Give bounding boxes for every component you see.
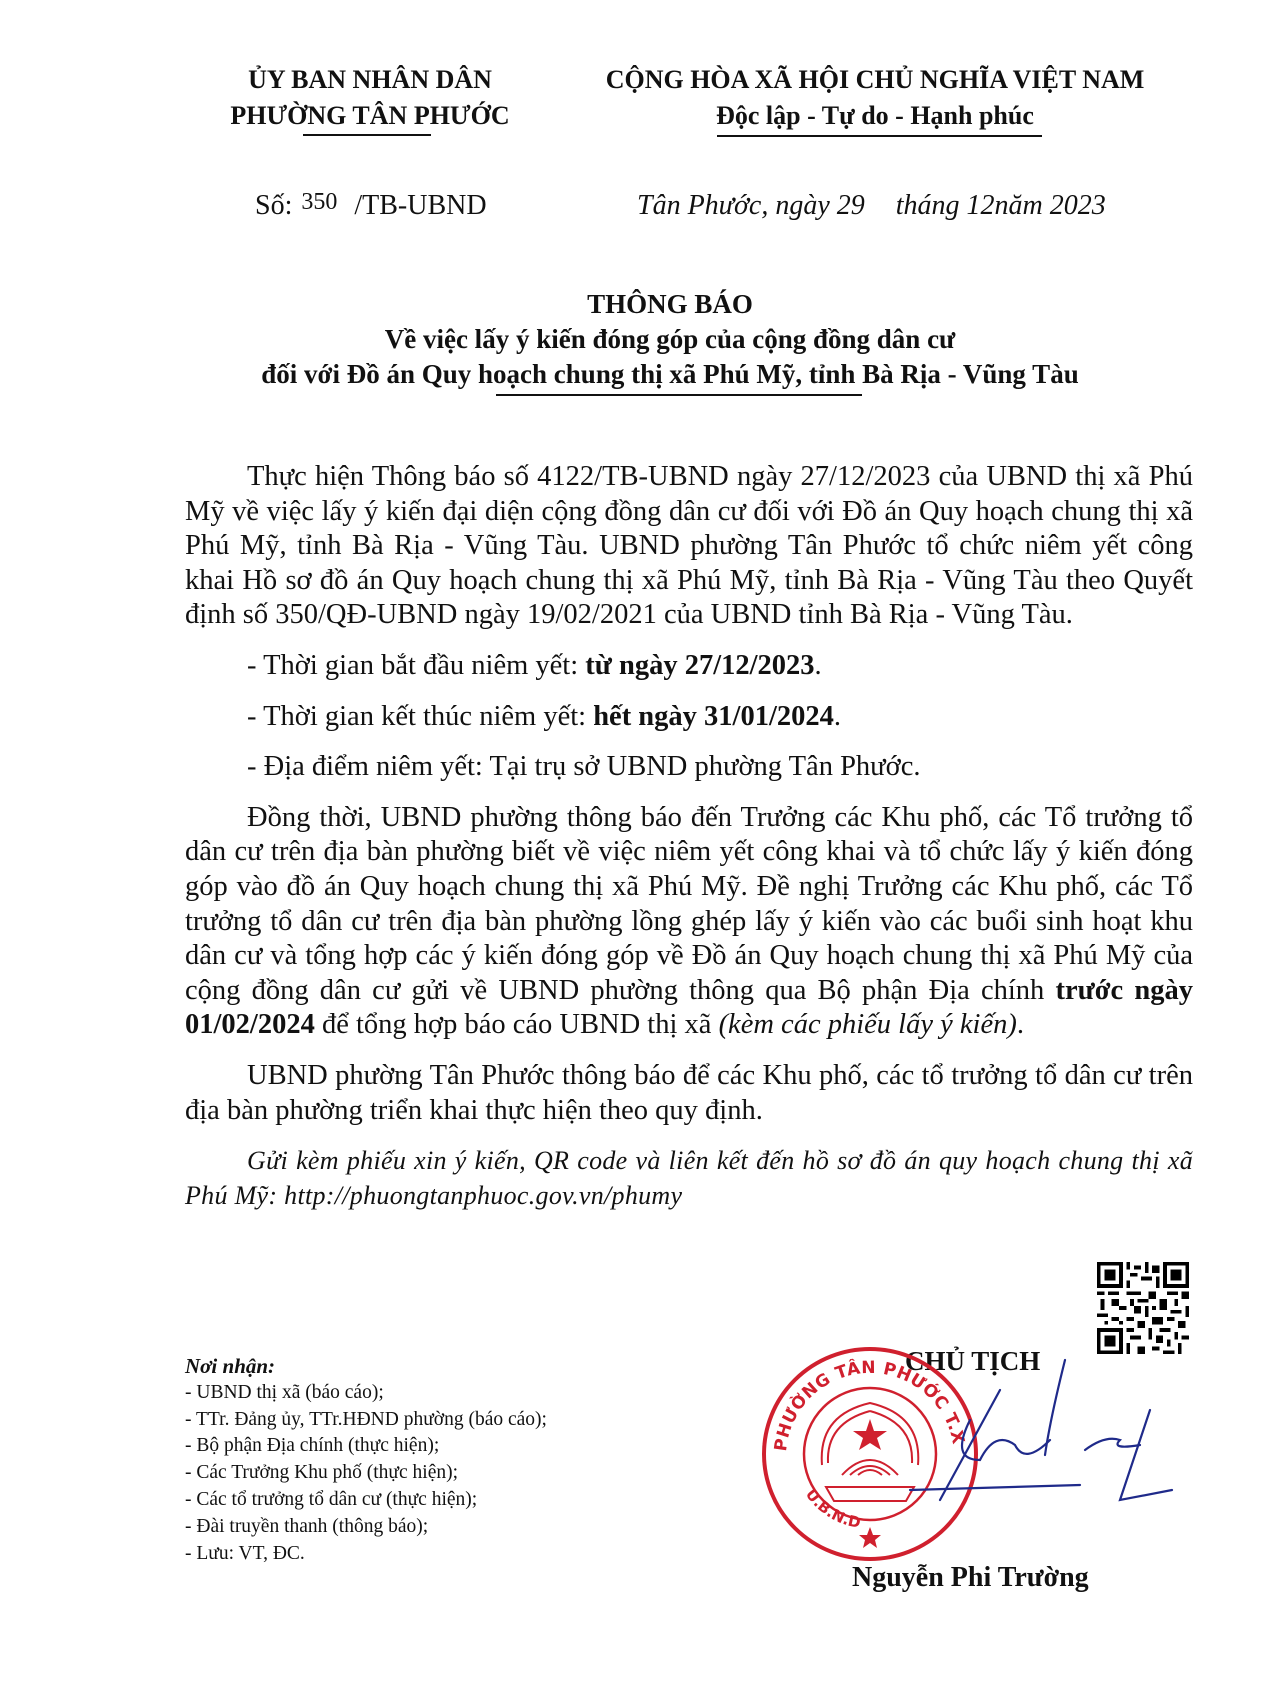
issuer-line1: ỦY BAN NHÂN DÂN [190,62,550,98]
recipients-heading: Nơi nhận: [185,1353,645,1380]
recipient-item: - Các Trưởng Khu phố (thực hiện); [185,1460,645,1487]
title-main: THÔNG BÁO [140,287,1200,322]
paragraph-request: Đồng thời, UBND phường thông báo đến Trư… [185,801,1193,1043]
recipient-item: - Đài truyền thanh (thông báo); [185,1514,645,1541]
number-value: 350 [301,189,337,215]
title-underline [496,394,862,396]
recipient-item: - UBND thị xã (báo cáo); [185,1380,645,1407]
title-subject-1: Về việc lấy ý kiến đóng góp của cộng đồn… [140,322,1200,357]
recipient-item: - Các tổ trưởng tổ dân cư (thực hiện); [185,1487,645,1514]
recipients-block: Nơi nhận: - UBND thị xã (báo cáo); - TTr… [185,1353,645,1567]
signature-icon [820,1350,1180,1520]
title-subject-2: đối với Đồ án Quy hoạch chung thị xã Phú… [140,357,1200,392]
recipient-item: - TTr. Đảng ủy, TTr.HĐND phường (báo cáo… [185,1407,645,1434]
issuer-line2: PHƯỜNG TÂN PHƯỚC [190,98,550,134]
bullet-location: - Địa điểm niêm yết: Tại trụ sở UBND phư… [185,750,1193,785]
motto-underline [717,135,1042,137]
document-number: Số: 350 /TB-UBND [255,190,487,222]
place-date: Tân Phước, ngày 29 tháng 12năm 2023 [637,190,1106,222]
recipient-item: - Lưu: VT, ĐC. [185,1541,645,1568]
national-header: CỘNG HÒA XÃ HỘI CHỦ NGHĨA VIỆT NAM Độc l… [575,62,1175,134]
place-day: Tân Phước, ngày 29 [637,190,865,221]
national-motto: Độc lập - Tự do - Hạnh phúc [575,98,1175,134]
recipient-item: - Bộ phận Địa chính (thực hiện); [185,1433,645,1460]
notice-body: Thực hiện Thông báo số 4122/TB-UBND ngày… [185,460,1193,1213]
number-label: Số: [255,190,292,221]
attachment-note: Gửi kèm phiếu xin ý kiến, QR code và liê… [185,1144,1193,1213]
month-year: tháng 12năm 2023 [896,190,1106,221]
national-title: CỘNG HÒA XÃ HỘI CHỦ NGHĨA VIỆT NAM [575,62,1175,98]
paragraph-closing: UBND phường Tân Phước thông báo để các K… [185,1059,1193,1128]
issuer-underline [303,134,431,136]
bullet-start-date: - Thời gian bắt đầu niêm yết: từ ngày 27… [185,649,1193,684]
bullet-end-date: - Thời gian kết thúc niêm yết: hết ngày … [185,700,1193,735]
start-date: từ ngày 27/12/2023 [585,650,814,681]
qr-code-icon[interactable] [1097,1262,1189,1354]
signer-name: Nguyễn Phi Trường [852,1562,1089,1594]
end-date: hết ngày 31/01/2024 [593,701,834,732]
document-title: THÔNG BÁO Về việc lấy ý kiến đóng góp củ… [140,287,1200,392]
paragraph-intro: Thực hiện Thông báo số 4122/TB-UBND ngày… [185,460,1193,633]
number-suffix: /TB-UBND [354,190,486,221]
issuer-header: ỦY BAN NHÂN DÂN PHƯỜNG TÂN PHƯỚC [190,62,550,134]
